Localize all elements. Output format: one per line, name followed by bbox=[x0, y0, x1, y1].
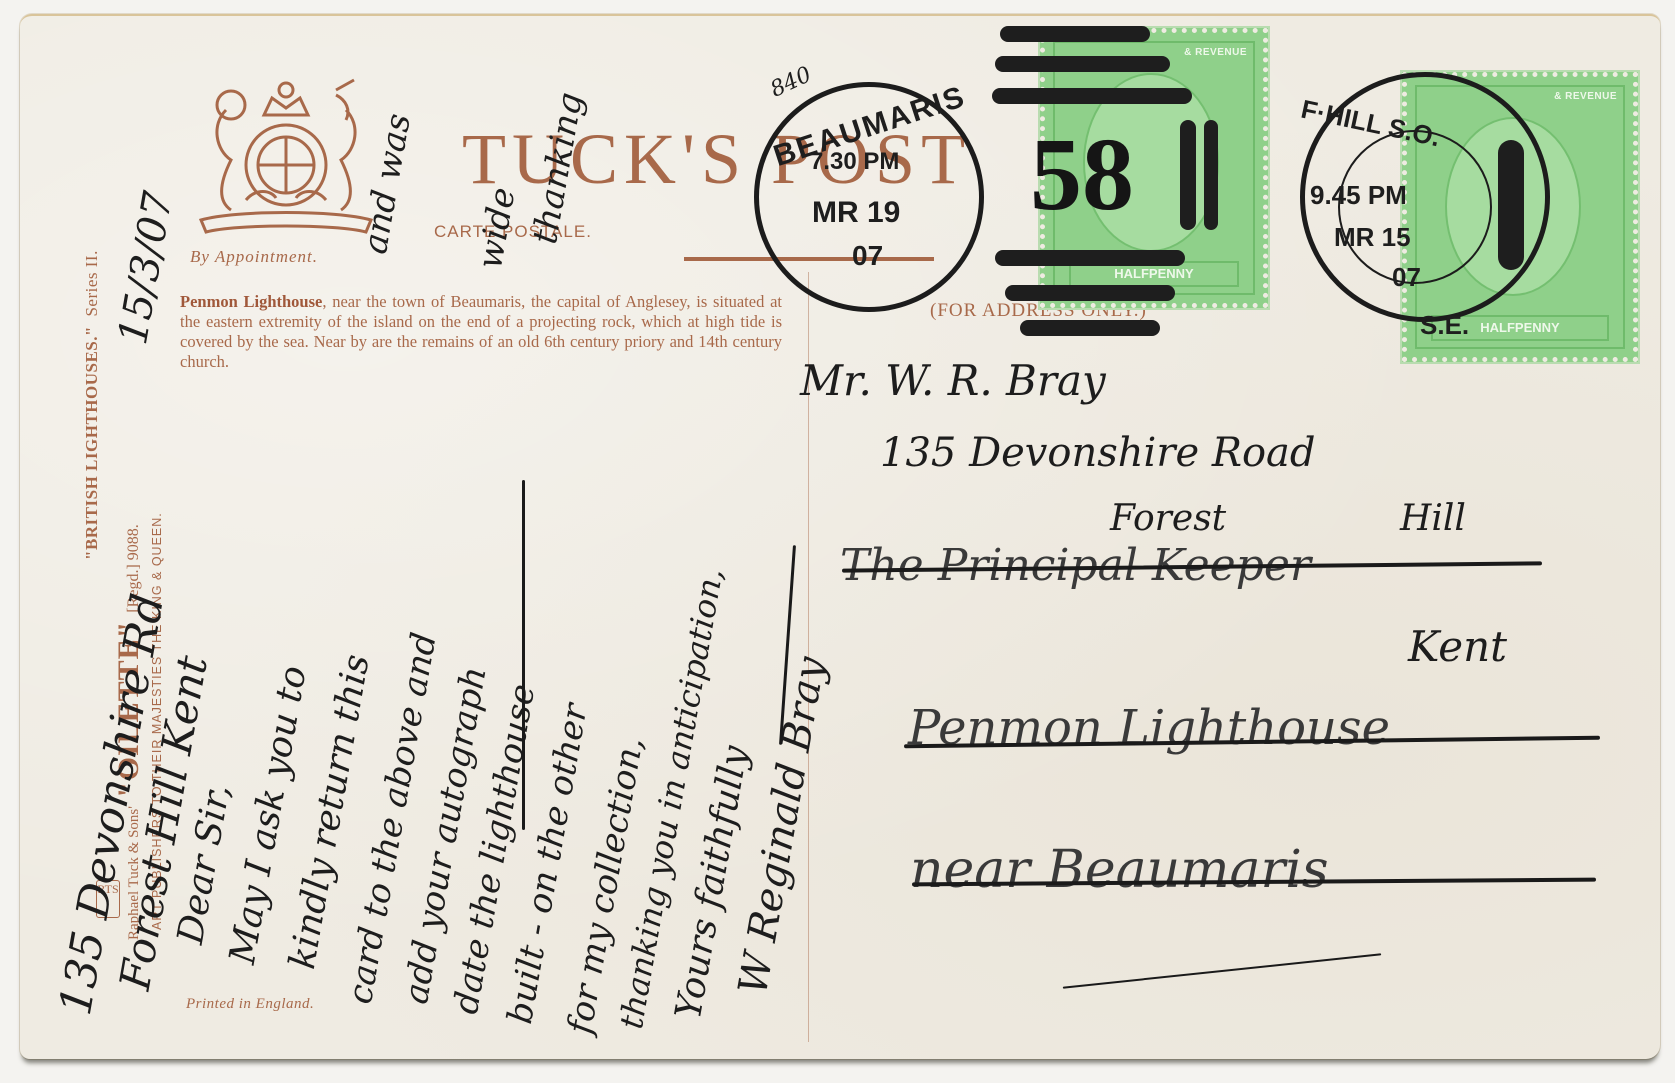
address-street: 135 Devonshire Road bbox=[880, 430, 1316, 476]
postmark-date: MR 15 bbox=[1334, 222, 1411, 253]
address-recipient: Mr. W. R. Bray bbox=[800, 356, 1106, 405]
postmark-district: S.E. bbox=[1420, 310, 1469, 341]
postmark-year: 07 bbox=[1392, 262, 1421, 293]
lighthouse-description: Penmon Lighthouse, near the town of Beau… bbox=[180, 292, 782, 372]
by-appointment-label: By Appointment. bbox=[190, 247, 318, 267]
postmark-year: 07 bbox=[852, 240, 883, 272]
address-struck-lighthouse: Penmon Lighthouse bbox=[908, 700, 1390, 756]
forest-hill-bar bbox=[1498, 140, 1524, 270]
underline-stroke bbox=[522, 480, 525, 830]
address-county: Kent bbox=[1408, 622, 1507, 671]
series-title: "BRITISH LIGHTHOUSES." Series II. bbox=[82, 250, 102, 560]
printed-in-label: Printed in England. bbox=[186, 996, 314, 1013]
duplex-number: 58 bbox=[1030, 115, 1134, 234]
address-inserted-hill: Hill bbox=[1400, 498, 1466, 539]
postmark-time: 9.45 PM bbox=[1310, 180, 1407, 211]
postmark-time: 7.30 PM bbox=[810, 148, 899, 176]
address-struck-town: near Beaumaris bbox=[910, 840, 1329, 900]
royal-coat-of-arms-icon bbox=[186, 70, 386, 240]
postmark-date: MR 19 bbox=[812, 196, 900, 230]
address-inserted-forest: Forest bbox=[1110, 498, 1226, 539]
